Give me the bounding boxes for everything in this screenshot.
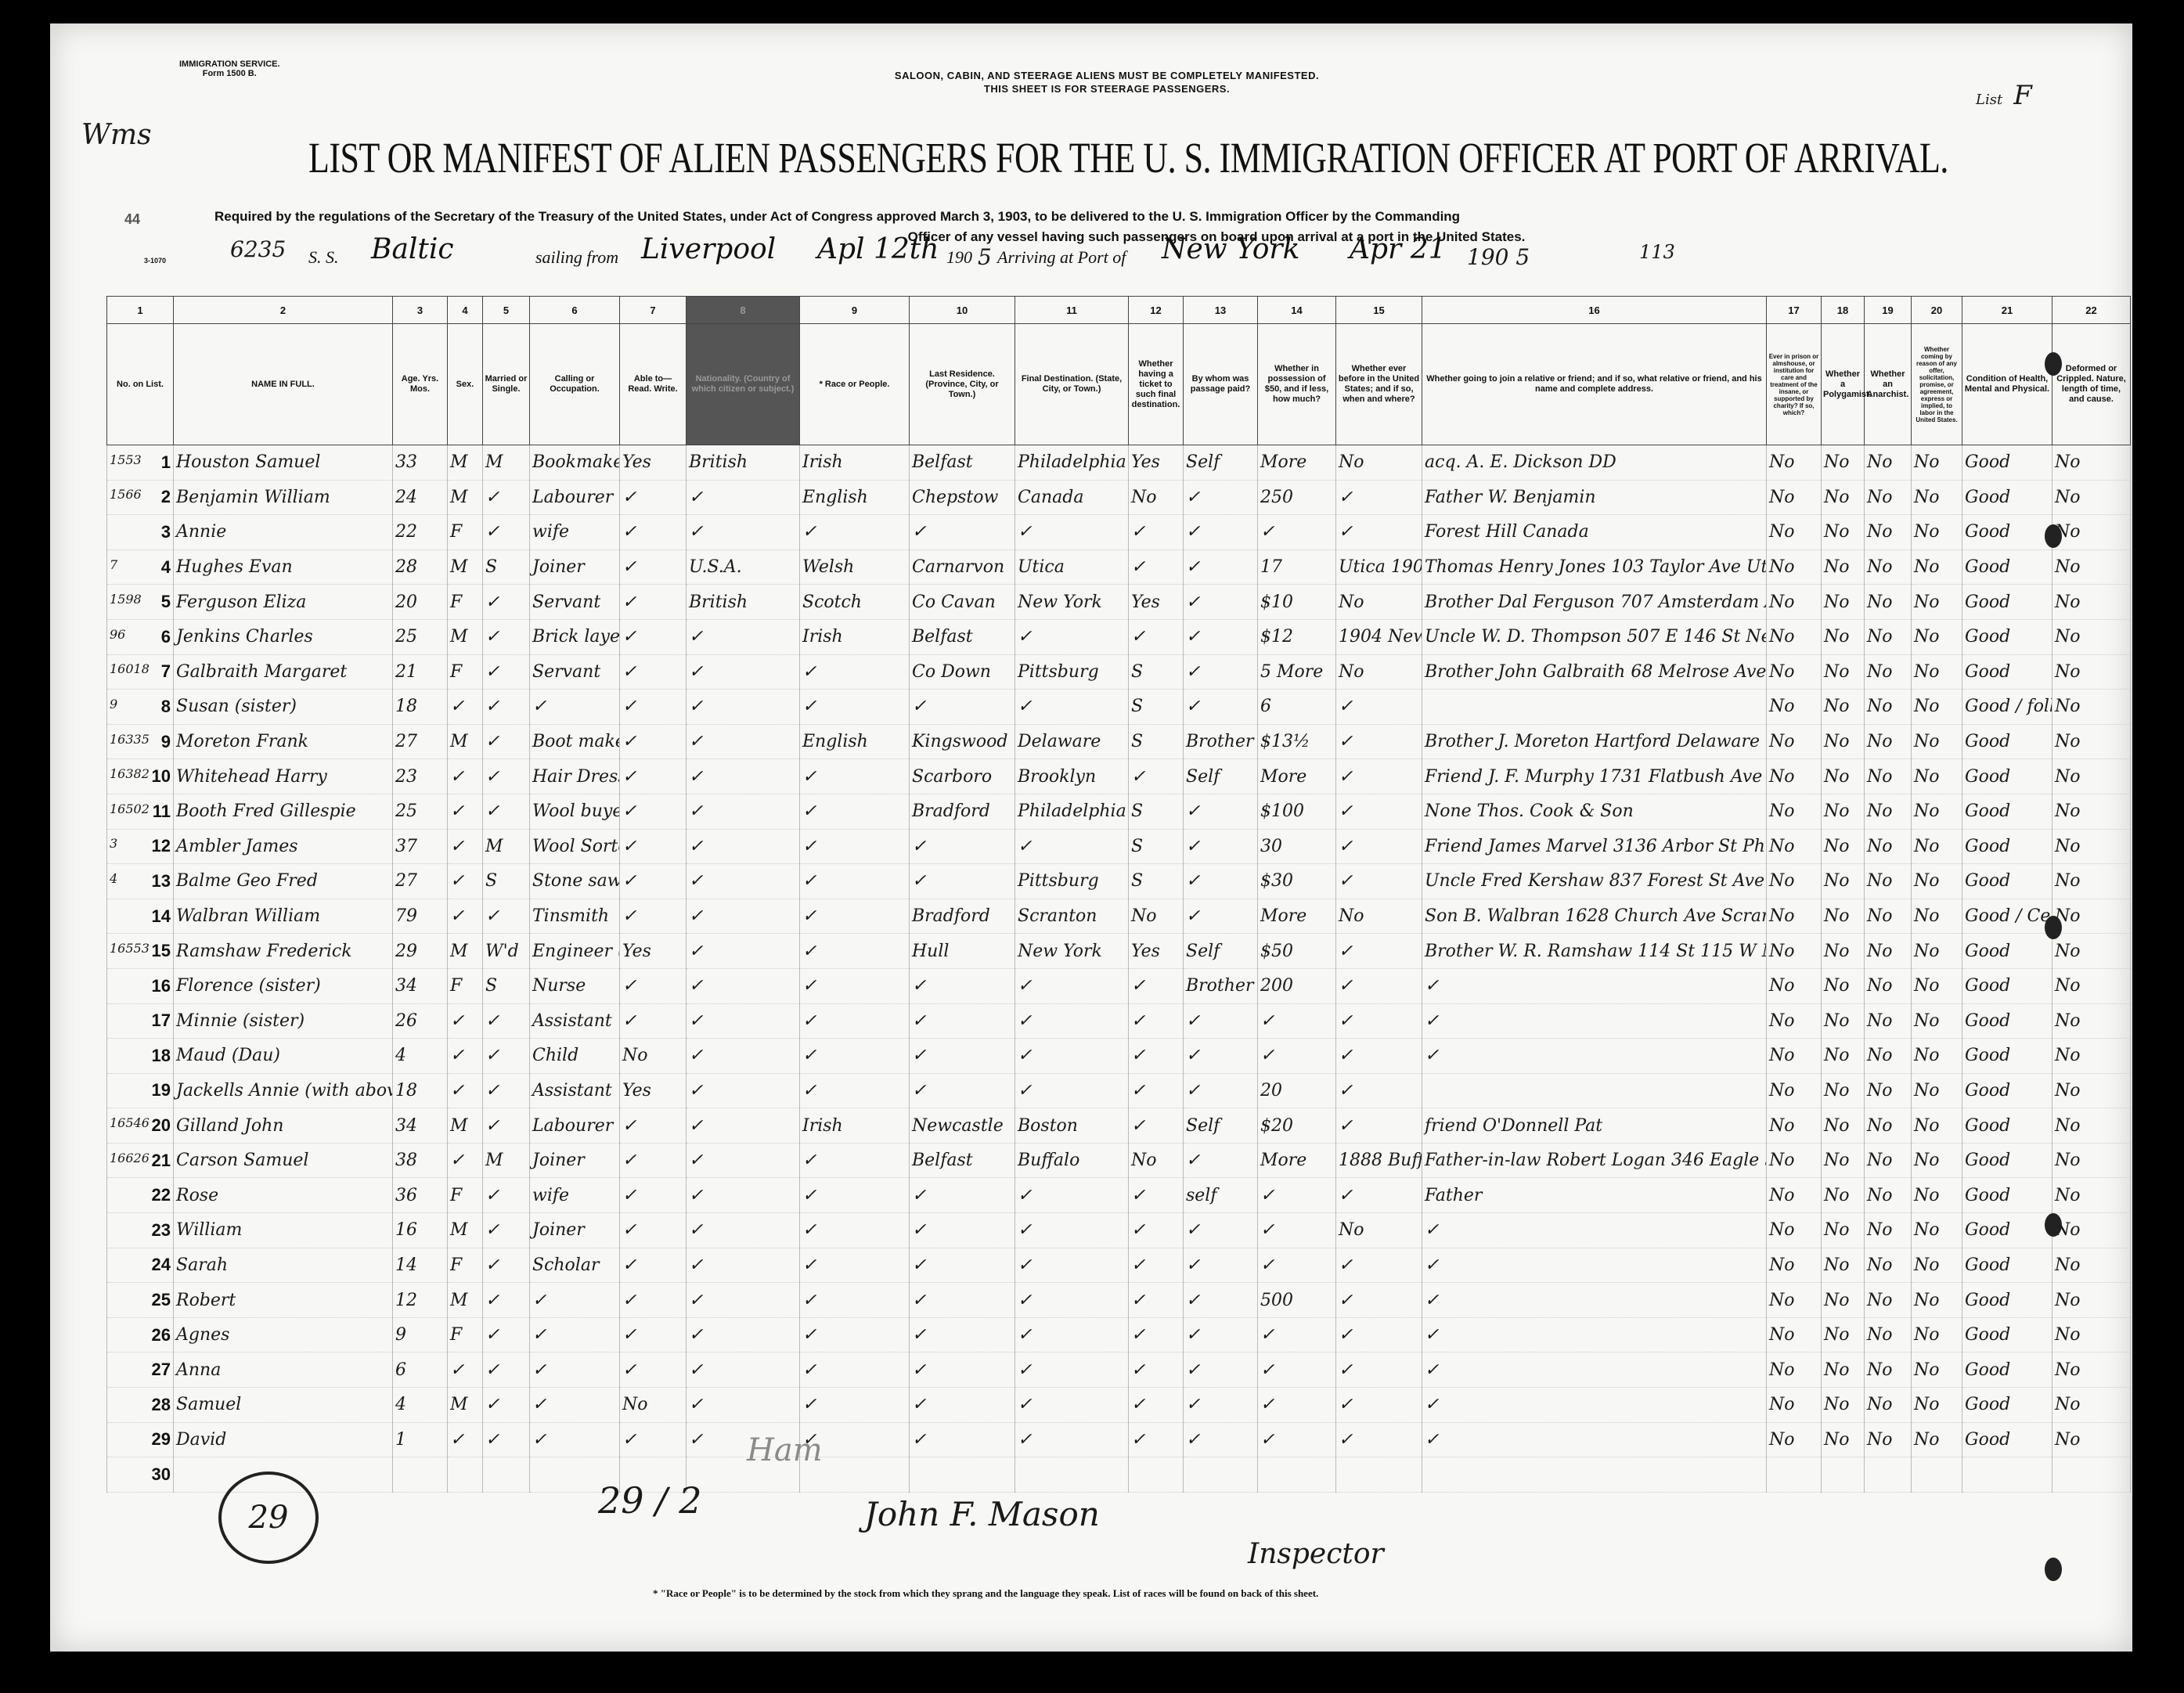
marital-status: ✓: [483, 585, 530, 620]
read-write: ✓: [620, 1213, 687, 1248]
punch-hole: [2045, 1558, 2062, 1581]
read-write: ✓: [620, 1108, 687, 1144]
header-deformed: Deformed or Crippled. Nature, length of …: [2052, 324, 2131, 445]
previous-us-visit: No: [1336, 899, 1422, 934]
final-destination: ✓: [1015, 1388, 1129, 1423]
prison-charity: No: [1767, 1248, 1822, 1283]
passage-paid-by: ✓: [1184, 480, 1258, 515]
header-previous-us: Whether ever before in the United States…: [1336, 324, 1422, 445]
header-ticket: Whether having a ticket to such final de…: [1129, 324, 1184, 445]
polygamist: No: [1822, 829, 1865, 864]
read-write: ✓: [620, 690, 687, 725]
previous-us-visit: ✓: [1336, 794, 1422, 829]
stamp-number: 6235: [230, 236, 286, 262]
passenger-name: Maud (Dau): [174, 1039, 393, 1074]
previous-us-visit: 1904 New York: [1336, 619, 1422, 654]
anarchist: No: [1865, 794, 1912, 829]
punch-hole: [2045, 916, 2062, 939]
deformed: No: [2052, 654, 2131, 690]
last-residence: ✓: [910, 864, 1015, 899]
marital-status: ✓: [483, 1178, 530, 1213]
passage-paid-by: Self: [1184, 934, 1258, 969]
pencil-initials: Ham: [747, 1432, 823, 1468]
ticket: Yes: [1129, 585, 1184, 620]
passenger-name: Sarah: [174, 1248, 393, 1283]
race: Irish: [800, 1108, 910, 1144]
polygamist: No: [1822, 445, 1865, 481]
header-marital: Married or Single.: [483, 324, 530, 445]
money: 30: [1258, 829, 1336, 864]
line-number: 15531: [107, 445, 174, 481]
race: ✓: [800, 864, 910, 899]
health-condition: Good: [1962, 829, 2052, 864]
age: 4: [393, 1388, 448, 1423]
deformed: No: [2052, 619, 2131, 654]
marital-status: ✓: [483, 1213, 530, 1248]
arrival-year: 190 5: [1467, 244, 1530, 270]
anarchist: No: [1865, 1178, 1912, 1213]
occupation: wife: [530, 1178, 620, 1213]
passenger-name: Minnie (sister): [174, 1003, 393, 1039]
race: ✓: [800, 1143, 910, 1178]
anarchist: No: [1865, 1317, 1912, 1353]
nationality: ✓: [687, 1003, 800, 1039]
anarchist: No: [1865, 1213, 1912, 1248]
passenger-name: Whitehead Harry: [174, 759, 393, 794]
read-write: ✓: [620, 585, 687, 620]
departure-date: Apl 12th: [817, 233, 939, 265]
occupation: Nurse: [530, 968, 620, 1003]
health-condition: Good: [1962, 1422, 2052, 1457]
contract-labor: [1912, 1457, 1962, 1493]
header-occupation: Calling or Occupation.: [530, 324, 620, 445]
voyage-line: 6235 S. S. Baltic sailing from Liverpool…: [308, 244, 2109, 283]
money: 6: [1258, 690, 1336, 725]
health-condition: Good / foll. cons.: [1962, 690, 2052, 725]
previous-us-visit: 1888 Buffalo: [1336, 1143, 1422, 1178]
passenger-name: Rose: [174, 1178, 393, 1213]
prison-charity: No: [1767, 480, 1822, 515]
ticket: ✓: [1129, 1283, 1184, 1318]
read-write: ✓: [620, 515, 687, 550]
polygamist: No: [1822, 1073, 1865, 1108]
sex: M: [448, 724, 483, 759]
anarchist: No: [1865, 690, 1912, 725]
age: 18: [393, 1073, 448, 1108]
polygamist: No: [1822, 1283, 1865, 1318]
final-destination: ✓: [1015, 1213, 1129, 1248]
passage-paid-by: ✓: [1184, 1388, 1258, 1423]
table-row: 26Agnes9F✓✓✓✓✓✓✓✓✓✓✓✓NoNoNoNoGoodNo: [107, 1317, 2131, 1353]
money: 250: [1258, 480, 1336, 515]
prison-charity: No: [1767, 690, 1822, 725]
last-residence: ✓: [910, 1422, 1015, 1457]
passenger-name: Agnes: [174, 1317, 393, 1353]
relative-or-friend: Forest Hill Canada: [1422, 515, 1767, 550]
passenger-name: David: [174, 1422, 393, 1457]
sex: ✓: [448, 1073, 483, 1108]
table-row: 160187Galbraith Margaret21F✓Servant✓✓✓Co…: [107, 654, 2131, 690]
contract-labor: No: [1912, 1353, 1962, 1388]
header-race: * Race or People.: [800, 324, 910, 445]
money: ✓: [1258, 1317, 1336, 1353]
deformed: No: [2052, 1317, 2131, 1353]
line-number: 25: [107, 1283, 174, 1318]
line-number-value: 28: [152, 1395, 171, 1414]
final-destination: Pittsburg: [1015, 864, 1129, 899]
race: English: [800, 724, 910, 759]
money: $100: [1258, 794, 1336, 829]
anarchist: No: [1865, 968, 1912, 1003]
relative-or-friend: Uncle Fred Kershaw 837 Forest St Ave Hom…: [1422, 864, 1767, 899]
previous-us-visit: ✓: [1336, 1422, 1422, 1457]
relative-or-friend: Uncle W. D. Thompson 507 E 146 St New Yo…: [1422, 619, 1767, 654]
requirement-text: Required by the regulations of the Secre…: [214, 207, 2015, 247]
line-number: 98: [107, 690, 174, 725]
deformed: No: [2052, 864, 2131, 899]
col-num: 9: [800, 297, 910, 324]
previous-us-visit: Utica 1904: [1336, 549, 1422, 585]
ticket: ✓: [1129, 1039, 1184, 1074]
anarchist: No: [1865, 1039, 1912, 1074]
final-destination: ✓: [1015, 1003, 1129, 1039]
last-residence: ✓: [910, 1317, 1015, 1353]
anarchist: No: [1865, 1003, 1912, 1039]
line-number: 19: [107, 1073, 174, 1108]
previous-us-visit: ✓: [1336, 968, 1422, 1003]
marital-status: ✓: [483, 515, 530, 550]
last-residence: Belfast: [910, 445, 1015, 481]
race: ✓: [800, 1317, 910, 1353]
sex: ✓: [448, 1039, 483, 1074]
relative-or-friend: None Thos. Cook & Son: [1422, 794, 1767, 829]
deformed: No: [2052, 794, 2131, 829]
health-condition: Good: [1962, 1143, 2052, 1178]
previous-us-visit: No: [1336, 585, 1422, 620]
money: ✓: [1258, 1422, 1336, 1457]
ticket: No: [1129, 480, 1184, 515]
health-condition: Good: [1962, 445, 2052, 481]
deformed: No: [2052, 759, 2131, 794]
age: 25: [393, 619, 448, 654]
marital-status: ✓: [483, 1422, 530, 1457]
read-write: ✓: [620, 899, 687, 934]
deformed: No: [2052, 1108, 2131, 1144]
health-condition: Good: [1962, 1039, 2052, 1074]
line-number-value: 19: [152, 1080, 171, 1100]
last-residence: Co Down: [910, 654, 1015, 690]
ticket: ✓: [1129, 1003, 1184, 1039]
last-residence: Bradford: [910, 794, 1015, 829]
occupation: Bookmaker: [530, 445, 620, 481]
sex: M: [448, 1388, 483, 1423]
sex: ✓: [448, 794, 483, 829]
manifest-annotation: 4: [110, 871, 117, 886]
read-write: ✓: [620, 759, 687, 794]
prison-charity: No: [1767, 864, 1822, 899]
line-number: 14: [107, 899, 174, 934]
final-destination: ✓: [1015, 1073, 1129, 1108]
final-destination: New York: [1015, 934, 1129, 969]
col-num: 7: [620, 297, 687, 324]
line-number: 3: [107, 515, 174, 550]
occupation: Hair Dresser: [530, 759, 620, 794]
line-number-value: 23: [152, 1220, 171, 1240]
nationality: ✓: [687, 1073, 800, 1108]
line-number-value: 24: [152, 1255, 171, 1274]
money: 5 More: [1258, 654, 1336, 690]
read-write: ✓: [620, 480, 687, 515]
health-condition: Good: [1962, 1213, 2052, 1248]
occupation: ✓: [530, 1422, 620, 1457]
ticket: ✓: [1129, 1388, 1184, 1423]
age: 23: [393, 759, 448, 794]
column-header-row: No. on List. NAME IN FULL. Age. Yrs. Mos…: [107, 324, 2131, 445]
circled-total: 29: [218, 1471, 319, 1564]
line-number-value: 25: [152, 1290, 171, 1309]
relative-or-friend: Thomas Henry Jones 103 Taylor Ave Utica: [1422, 549, 1767, 585]
relative-or-friend: acq. A. E. Dickson DD: [1422, 445, 1767, 481]
age: 37: [393, 829, 448, 864]
manifest-annotation: 16626: [110, 1151, 150, 1165]
sex: F: [448, 968, 483, 1003]
last-residence: Belfast: [910, 1143, 1015, 1178]
race: ✓: [800, 1003, 910, 1039]
line-number-value: 16: [152, 976, 171, 996]
sex: M: [448, 934, 483, 969]
sex: ✓: [448, 690, 483, 725]
anarchist: No: [1865, 864, 1912, 899]
marital-status: S: [483, 968, 530, 1003]
anarchist: No: [1865, 759, 1912, 794]
marital-status: [483, 1457, 530, 1493]
occupation: Joiner: [530, 549, 620, 585]
passage-paid-by: ✓: [1184, 794, 1258, 829]
col-num: 13: [1184, 297, 1258, 324]
ticket: S: [1129, 794, 1184, 829]
sex: M: [448, 445, 483, 481]
final-destination: ✓: [1015, 1039, 1129, 1074]
polygamist: No: [1822, 934, 1865, 969]
previous-us-visit: ✓: [1336, 1283, 1422, 1318]
punch-hole: [2045, 352, 2062, 376]
col-num: 6: [530, 297, 620, 324]
anarchist: No: [1865, 934, 1912, 969]
polygamist: No: [1822, 1108, 1865, 1144]
contract-labor: No: [1912, 1283, 1962, 1318]
ticket: ✓: [1129, 759, 1184, 794]
sex: M: [448, 619, 483, 654]
manifest-annotation: 3: [110, 836, 117, 851]
previous-us-visit: ✓: [1336, 1317, 1422, 1353]
contract-labor: No: [1912, 724, 1962, 759]
line-number: 1655315: [107, 934, 174, 969]
passenger-name: Annie: [174, 515, 393, 550]
passage-paid-by: Brother: [1184, 724, 1258, 759]
ticket: S: [1129, 864, 1184, 899]
anarchist: No: [1865, 1073, 1912, 1108]
header-final-destination: Final Destination. (State, City, or Town…: [1015, 324, 1129, 445]
marital-status: M: [483, 1143, 530, 1178]
requirement-line-1: Required by the regulations of the Secre…: [214, 209, 1460, 224]
final-destination: Canada: [1015, 480, 1129, 515]
relative-or-friend: Father-in-law Robert Logan 346 Eagle St …: [1422, 1143, 1767, 1178]
ticket: ✓: [1129, 1178, 1184, 1213]
passenger-name: Jackells Annie (with above): [174, 1073, 393, 1108]
prison-charity: No: [1767, 1108, 1822, 1144]
relative-or-friend: ✓: [1422, 1422, 1767, 1457]
agency-label: IMMIGRATION SERVICE.: [179, 59, 280, 69]
col-num: 19: [1865, 297, 1912, 324]
occupation: ✓: [530, 1283, 620, 1318]
contract-labor: No: [1912, 899, 1962, 934]
last-residence: ✓: [910, 968, 1015, 1003]
anarchist: [1865, 1457, 1912, 1493]
header-health: Condition of Health, Mental and Physical…: [1962, 324, 2052, 445]
polygamist: No: [1822, 794, 1865, 829]
line-number: 1654620: [107, 1108, 174, 1144]
health-condition: Good: [1962, 1248, 2052, 1283]
marital-status: M: [483, 829, 530, 864]
passenger-name: Walbran William: [174, 899, 393, 934]
read-write: ✓: [620, 864, 687, 899]
read-write: ✓: [620, 1003, 687, 1039]
passage-paid-by: Brother: [1184, 968, 1258, 1003]
polygamist: No: [1822, 1213, 1865, 1248]
contract-labor: No: [1912, 968, 1962, 1003]
read-write: ✓: [620, 724, 687, 759]
contract-labor: No: [1912, 515, 1962, 550]
nationality: ✓: [687, 1178, 800, 1213]
prison-charity: No: [1767, 759, 1822, 794]
marital-status: S: [483, 549, 530, 585]
nationality: ✓: [687, 1353, 800, 1388]
contract-labor: No: [1912, 934, 1962, 969]
marital-status: ✓: [483, 759, 530, 794]
passenger-name: William: [174, 1213, 393, 1248]
previous-us-visit: ✓: [1336, 1108, 1422, 1144]
prison-charity: No: [1767, 585, 1822, 620]
contract-labor: No: [1912, 549, 1962, 585]
manifest-annotation: 96: [110, 627, 125, 642]
passage-paid-by: [1184, 1457, 1258, 1493]
col-num: 21: [1962, 297, 2052, 324]
passage-paid-by: ✓: [1184, 619, 1258, 654]
health-condition: Good: [1962, 1108, 2052, 1144]
relative-or-friend: Brother John Galbraith 68 Melrose Avenue…: [1422, 654, 1767, 690]
table-row: 25Robert12M✓✓✓✓✓✓✓✓✓500✓✓NoNoNoNoGoodNo: [107, 1283, 2131, 1318]
inspector-signature: John F. Mason: [864, 1495, 1100, 1533]
ticket: S: [1129, 690, 1184, 725]
anarchist: No: [1865, 619, 1912, 654]
line-number: 23: [107, 1213, 174, 1248]
nationality: ✓: [687, 1213, 800, 1248]
passage-paid-by: Self: [1184, 1108, 1258, 1144]
line-number: 18: [107, 1039, 174, 1074]
read-write: Yes: [620, 1073, 687, 1108]
anarchist: No: [1865, 1283, 1912, 1318]
nationality: ✓: [687, 515, 800, 550]
money: More: [1258, 899, 1336, 934]
race: ✓: [800, 1178, 910, 1213]
sex: ✓: [448, 1422, 483, 1457]
table-row: 98Susan (sister)18✓✓✓✓✓✓✓✓S✓6✓NoNoNoNoGo…: [107, 690, 2131, 725]
ticket: Yes: [1129, 445, 1184, 481]
nationality: British: [687, 585, 800, 620]
passenger-name: Anna: [174, 1353, 393, 1388]
passage-paid-by: ✓: [1184, 899, 1258, 934]
deformed: No: [2052, 480, 2131, 515]
contract-labor: No: [1912, 1248, 1962, 1283]
relative-or-friend: Brother W. R. Ramshaw 114 St 115 W New Y…: [1422, 934, 1767, 969]
col-num: 22: [2052, 297, 2131, 324]
race: ✓: [800, 934, 910, 969]
age: 79: [393, 899, 448, 934]
header-passage-paid: By whom was passage paid?: [1184, 324, 1258, 445]
table-row: 14Walbran William79✓✓Tinsmith✓✓✓Bradford…: [107, 899, 2131, 934]
previous-us-visit: No: [1336, 1213, 1422, 1248]
money: ✓: [1258, 1039, 1336, 1074]
sex: ✓: [448, 829, 483, 864]
passage-paid-by: ✓: [1184, 864, 1258, 899]
occupation: Joiner: [530, 1213, 620, 1248]
age: 4: [393, 1039, 448, 1074]
contract-labor: No: [1912, 864, 1962, 899]
prison-charity: [1767, 1457, 1822, 1493]
table-row: 312Ambler James37✓MWool Sorter✓✓✓✓✓S✓30✓…: [107, 829, 2131, 864]
contract-labor: No: [1912, 829, 1962, 864]
contract-labor: No: [1912, 585, 1962, 620]
previous-us-visit: ✓: [1336, 1039, 1422, 1074]
manifest-annotation: 16553: [110, 941, 150, 956]
health-condition: Good / Cert Senility: [1962, 899, 2052, 934]
nationality: ✓: [687, 968, 800, 1003]
polygamist: No: [1822, 1039, 1865, 1074]
col-num: 14: [1258, 297, 1336, 324]
final-destination: ✓: [1015, 968, 1129, 1003]
health-condition: Good: [1962, 968, 2052, 1003]
marital-status: ✓: [483, 1003, 530, 1039]
deformed: No: [2052, 1143, 2131, 1178]
final-destination: Delaware: [1015, 724, 1129, 759]
last-residence: ✓: [910, 1039, 1015, 1074]
read-write: No: [620, 1039, 687, 1074]
age: 34: [393, 968, 448, 1003]
deformed: No: [2052, 968, 2131, 1003]
occupation: Engineer (Marine): [530, 934, 620, 969]
line-number-value: 6: [161, 627, 171, 647]
line-number-value: 27: [152, 1360, 171, 1379]
arrival-port: New York: [1162, 233, 1299, 265]
race: ✓: [800, 759, 910, 794]
header-anarchist: Whether an Anarchist.: [1865, 324, 1912, 445]
ticket: Yes: [1129, 934, 1184, 969]
prison-charity: No: [1767, 654, 1822, 690]
race: ✓: [800, 829, 910, 864]
money: 500: [1258, 1283, 1336, 1318]
passage-paid-by: ✓: [1184, 1283, 1258, 1318]
marital-status: ✓: [483, 480, 530, 515]
health-condition: Good: [1962, 794, 2052, 829]
previous-us-visit: No: [1336, 445, 1422, 481]
line-number: 160187: [107, 654, 174, 690]
contract-labor: No: [1912, 1213, 1962, 1248]
money: $13½: [1258, 724, 1336, 759]
prison-charity: No: [1767, 1073, 1822, 1108]
deformed: No: [2052, 1003, 2131, 1039]
ticket: ✓: [1129, 1108, 1184, 1144]
line-number: 15662: [107, 480, 174, 515]
